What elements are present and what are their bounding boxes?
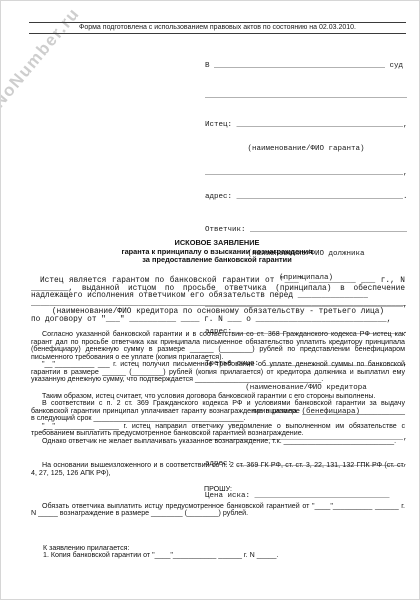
document-page: NoNumber.ru Форма подготовлена с использ… — [0, 0, 420, 600]
form-notice: Форма подготовлена с использованием прав… — [29, 22, 406, 34]
document-title: ИСКОВОЕ ЗАЯВЛЕНИЕ гаранта к принципалу о… — [31, 239, 403, 265]
title-line-3: за предоставление банковской гарантии — [31, 256, 403, 265]
paragraph-payment-demand: "__"__________ ___ г. истец получил пись… — [31, 361, 405, 384]
contract-line: по договору от "___" __________ ____ г. … — [31, 317, 405, 325]
request-heading: ПРОШУ: — [31, 486, 405, 494]
court-name-field: В ______________________________________… — [205, 62, 407, 70]
attachment-item-1: 1. Копия банковской гарантии от "____"__… — [43, 552, 405, 560]
paragraph-refusal: Однако ответчик не желает выплачивать ук… — [31, 438, 405, 446]
defendant-field: Ответчик: ______________________________… — [205, 226, 407, 234]
paragraph-notification: "__"__________ _____ г. истец направил о… — [31, 423, 405, 438]
plaintiff-address-field: адрес: _________________________________… — [205, 193, 407, 201]
site-watermark: NoNumber.ru — [0, 4, 84, 112]
plaintiff-caption: (наименование/ФИО гаранта) — [205, 145, 407, 153]
document-body: Истец является гарантом по банковской га… — [31, 278, 405, 560]
paragraph-legal-basis: На основании вышеизложенного и в соответ… — [31, 462, 405, 477]
paragraph-article-369: В соответствии с п. 2 ст. 369 Гражданско… — [31, 400, 405, 423]
paragraph-guarantee-intro: Истец является гарантом по банковской га… — [31, 278, 405, 301]
plaintiff-blank-line: ________________________________________… — [205, 169, 407, 177]
paragraph-article-368: Согласно указанной банковской гарантии и… — [31, 331, 405, 361]
paragraph-request: Обязать ответчика выплатить истцу предус… — [31, 503, 405, 518]
plaintiff-field: Истец: _________________________________… — [205, 121, 407, 129]
court-name-blank-line: ________________________________________… — [205, 92, 407, 100]
